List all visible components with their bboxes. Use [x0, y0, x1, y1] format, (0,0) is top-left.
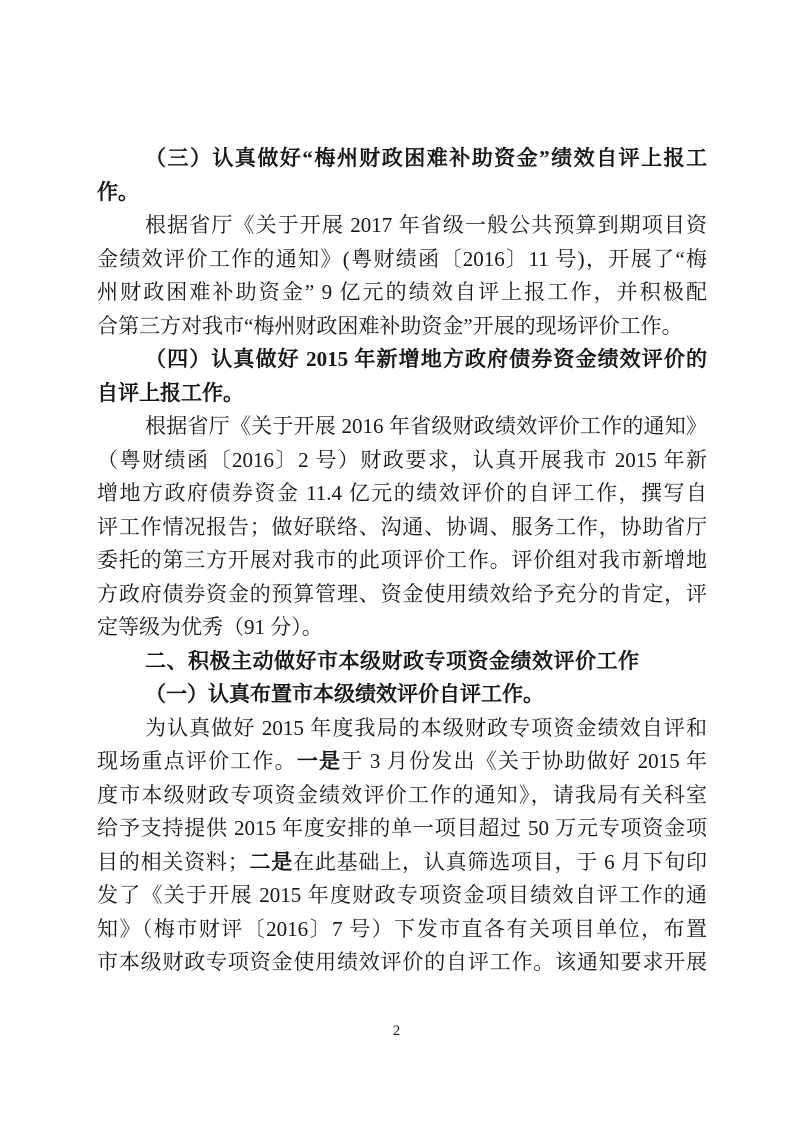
para-5-line-4: 给予支持提供 2015 年度安排的单一项目超过 50 万元专项资金项	[97, 812, 707, 846]
para-3-line-2: 金绩效评价工作的通知》(粤财绩函〔2016〕11 号)，开展了“梅	[97, 243, 707, 277]
para-5-line-7: 知》（梅市财评〔2016〕7 号）下发市直各有关项目单位，布置	[97, 913, 707, 947]
para-4-line-5: 委托的第三方开展对我市的此项评价工作。评价组对我市新增地	[97, 544, 707, 578]
para-3-line-3: 州财政困难补助资金” 9 亿元的绩效自评上报工作，并积极配	[97, 276, 707, 310]
para-4-line-7: 定等级为优秀（91 分）。	[97, 611, 707, 645]
para-4-line-4: 评工作情况报告；做好联络、沟通、协调、服务工作，协助省厅	[97, 511, 707, 545]
document-body: （三）认真做好“梅州财政困难补助资金”绩效自评上报工 作。 根据省厅《关于开展 …	[97, 142, 707, 980]
para-5-line-2: 现场重点评价工作。一是于 3 月份发出《关于协助做好 2015 年	[97, 745, 707, 779]
section-3-heading-line-1: （三）认真做好“梅州财政困难补助资金”绩效自评上报工	[97, 142, 707, 176]
para-5-line-2-text-cont: 于 3 月份发出《关于协助做好 2015 年	[341, 749, 707, 773]
para-5-line-2-text: 现场重点评价工作。	[97, 749, 297, 773]
para-3-line-1: 根据省厅《关于开展 2017 年省级一般公共预算到期项目资	[97, 209, 707, 243]
para-4-line-1: 根据省厅《关于开展 2016 年省级财政绩效评价工作的通知》	[97, 410, 707, 444]
document-page: （三）认真做好“梅州财政困难补助资金”绩效自评上报工 作。 根据省厅《关于开展 …	[0, 0, 793, 1122]
para-5-line-5-text-cont: 在此基础上，认真筛选项目，于 6 月下旬印	[293, 850, 707, 874]
section-3-heading-line-2: 作。	[97, 176, 707, 210]
para-5-line-5: 目的相关资料；二是在此基础上，认真筛选项目，于 6 月下旬印	[97, 846, 707, 880]
para-4-line-3: 增地方政府债券资金 11.4 亿元的绩效评价的自评工作，撰写自	[97, 477, 707, 511]
subsection-1-heading: （一）认真布置市本级绩效评价自评工作。	[97, 678, 707, 712]
para-5-line-6: 发了《关于开展 2015 年度财政专项资金项目绩效自评工作的通	[97, 879, 707, 913]
para-5-line-2-emphasis: 一是	[297, 749, 341, 773]
para-5-line-1: 为认真做好 2015 年度我局的本级财政专项资金绩效自评和	[97, 712, 707, 746]
para-5-line-8: 市本级财政专项资金使用绩效评价的自评工作。该通知要求开展	[97, 946, 707, 980]
para-5-line-3: 度市本级财政专项资金绩效评价工作的通知》，请我局有关科室	[97, 779, 707, 813]
para-3-line-4: 合第三方对我市“梅州财政困难补助资金”开展的现场评价工作。	[97, 310, 707, 344]
para-5-line-5-emphasis: 二是	[249, 850, 293, 874]
para-4-line-2: （粤财绩函〔2016〕2 号）财政要求，认真开展我市 2015 年新	[97, 444, 707, 478]
para-5-line-5-text: 目的相关资料；	[97, 850, 249, 874]
para-4-line-6: 方政府债券资金的预算管理、资金使用绩效给予充分的肯定，评	[97, 578, 707, 612]
section-4-heading-line-2: 自评上报工作。	[97, 377, 707, 411]
section-4-heading-line-1: （四）认真做好 2015 年新增地方政府债券资金绩效评价的	[97, 343, 707, 377]
section-2-title: 二、积极主动做好市本级财政专项资金绩效评价工作	[97, 645, 707, 679]
page-number: 2	[0, 1022, 793, 1040]
